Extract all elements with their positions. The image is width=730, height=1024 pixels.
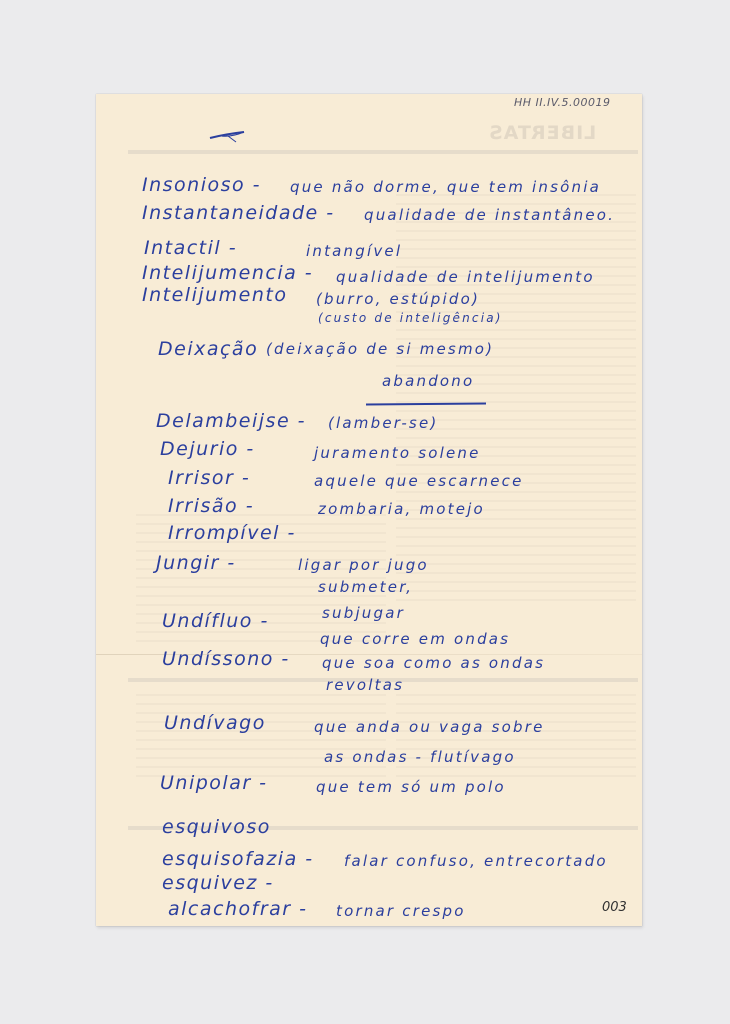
entry-note: revoltas	[326, 678, 404, 693]
entry-definition: (lamber-se)	[328, 416, 438, 431]
entry-term: esquivez -	[162, 874, 274, 893]
show-through-text-column	[396, 194, 636, 604]
entry-definition: (burro, estúpido)	[316, 292, 480, 307]
entry-term: Delambeijse -	[156, 412, 306, 431]
entry-term: Irrompível -	[168, 524, 296, 543]
show-through-text-column	[136, 694, 386, 784]
entry-term: Undívago	[164, 714, 266, 733]
entry-definition: ligar por jugo	[298, 558, 429, 573]
entry-term: esquisofazia -	[162, 850, 314, 869]
entry-definition: intangível	[306, 244, 402, 259]
entry-term: Undíssono -	[162, 650, 290, 669]
entry-note: subjugar	[322, 606, 405, 621]
entry-definition: falar confuso, entrecortado	[344, 854, 608, 869]
entry-term: Intelijumento	[142, 286, 287, 305]
entry-term: esquivoso	[162, 818, 271, 837]
entry-term: Intactil -	[144, 239, 237, 258]
archive-id-stamp: HH II.IV.5.00019	[514, 96, 611, 109]
show-through-text-column	[396, 694, 636, 784]
entry-term: Instantaneidade -	[142, 204, 335, 223]
entry-note: (custo de inteligência)	[318, 312, 503, 324]
checkmark-icon	[208, 130, 248, 144]
entry-term: Dejurio -	[160, 440, 255, 459]
entry-term: Undífluo -	[162, 612, 269, 631]
entry-definition: (deixação de si mesmo)	[266, 342, 494, 357]
entry-definition: que anda ou vaga sobre	[314, 720, 545, 735]
entry-definition: qualidade de instantâneo.	[364, 208, 615, 223]
entry-term: Irrisor -	[168, 469, 250, 488]
entry-term: Deixação	[158, 340, 258, 359]
entry-definition: que corre em ondas	[320, 632, 510, 647]
entry-term: Intelijumencia -	[142, 264, 313, 283]
entry-definition: juramento solene	[314, 446, 481, 461]
entry-note: submeter,	[318, 580, 413, 595]
entry-note: as ondas - flutívago	[324, 750, 516, 765]
manuscript-page: LIBERTAS HH II.IV.5.00019 Insonioso - qu…	[96, 94, 642, 926]
entry-term: Jungir -	[156, 554, 236, 573]
show-through-rule	[128, 150, 638, 154]
entry-term: alcachofrar -	[168, 900, 307, 919]
entry-definition: que tem só um polo	[316, 780, 506, 795]
entry-term: Unipolar -	[160, 774, 268, 793]
entry-definition: zombaria, motejo	[318, 502, 485, 517]
entry-term: Irrisão -	[168, 497, 254, 516]
entry-definition: qualidade de intelijumento	[336, 270, 595, 285]
entry-definition: tornar crespo	[336, 904, 466, 919]
letterhead-show-through: LIBERTAS	[488, 122, 596, 144]
entry-definition: que soa como as ondas	[322, 656, 545, 671]
page-number: 003	[602, 900, 627, 915]
entry-definition: que não dorme, que tem insônia	[290, 180, 601, 195]
entry-term: Insonioso -	[142, 176, 261, 195]
entry-definition: aquele que escarnece	[314, 474, 524, 489]
entry-note: abandono	[382, 374, 474, 389]
